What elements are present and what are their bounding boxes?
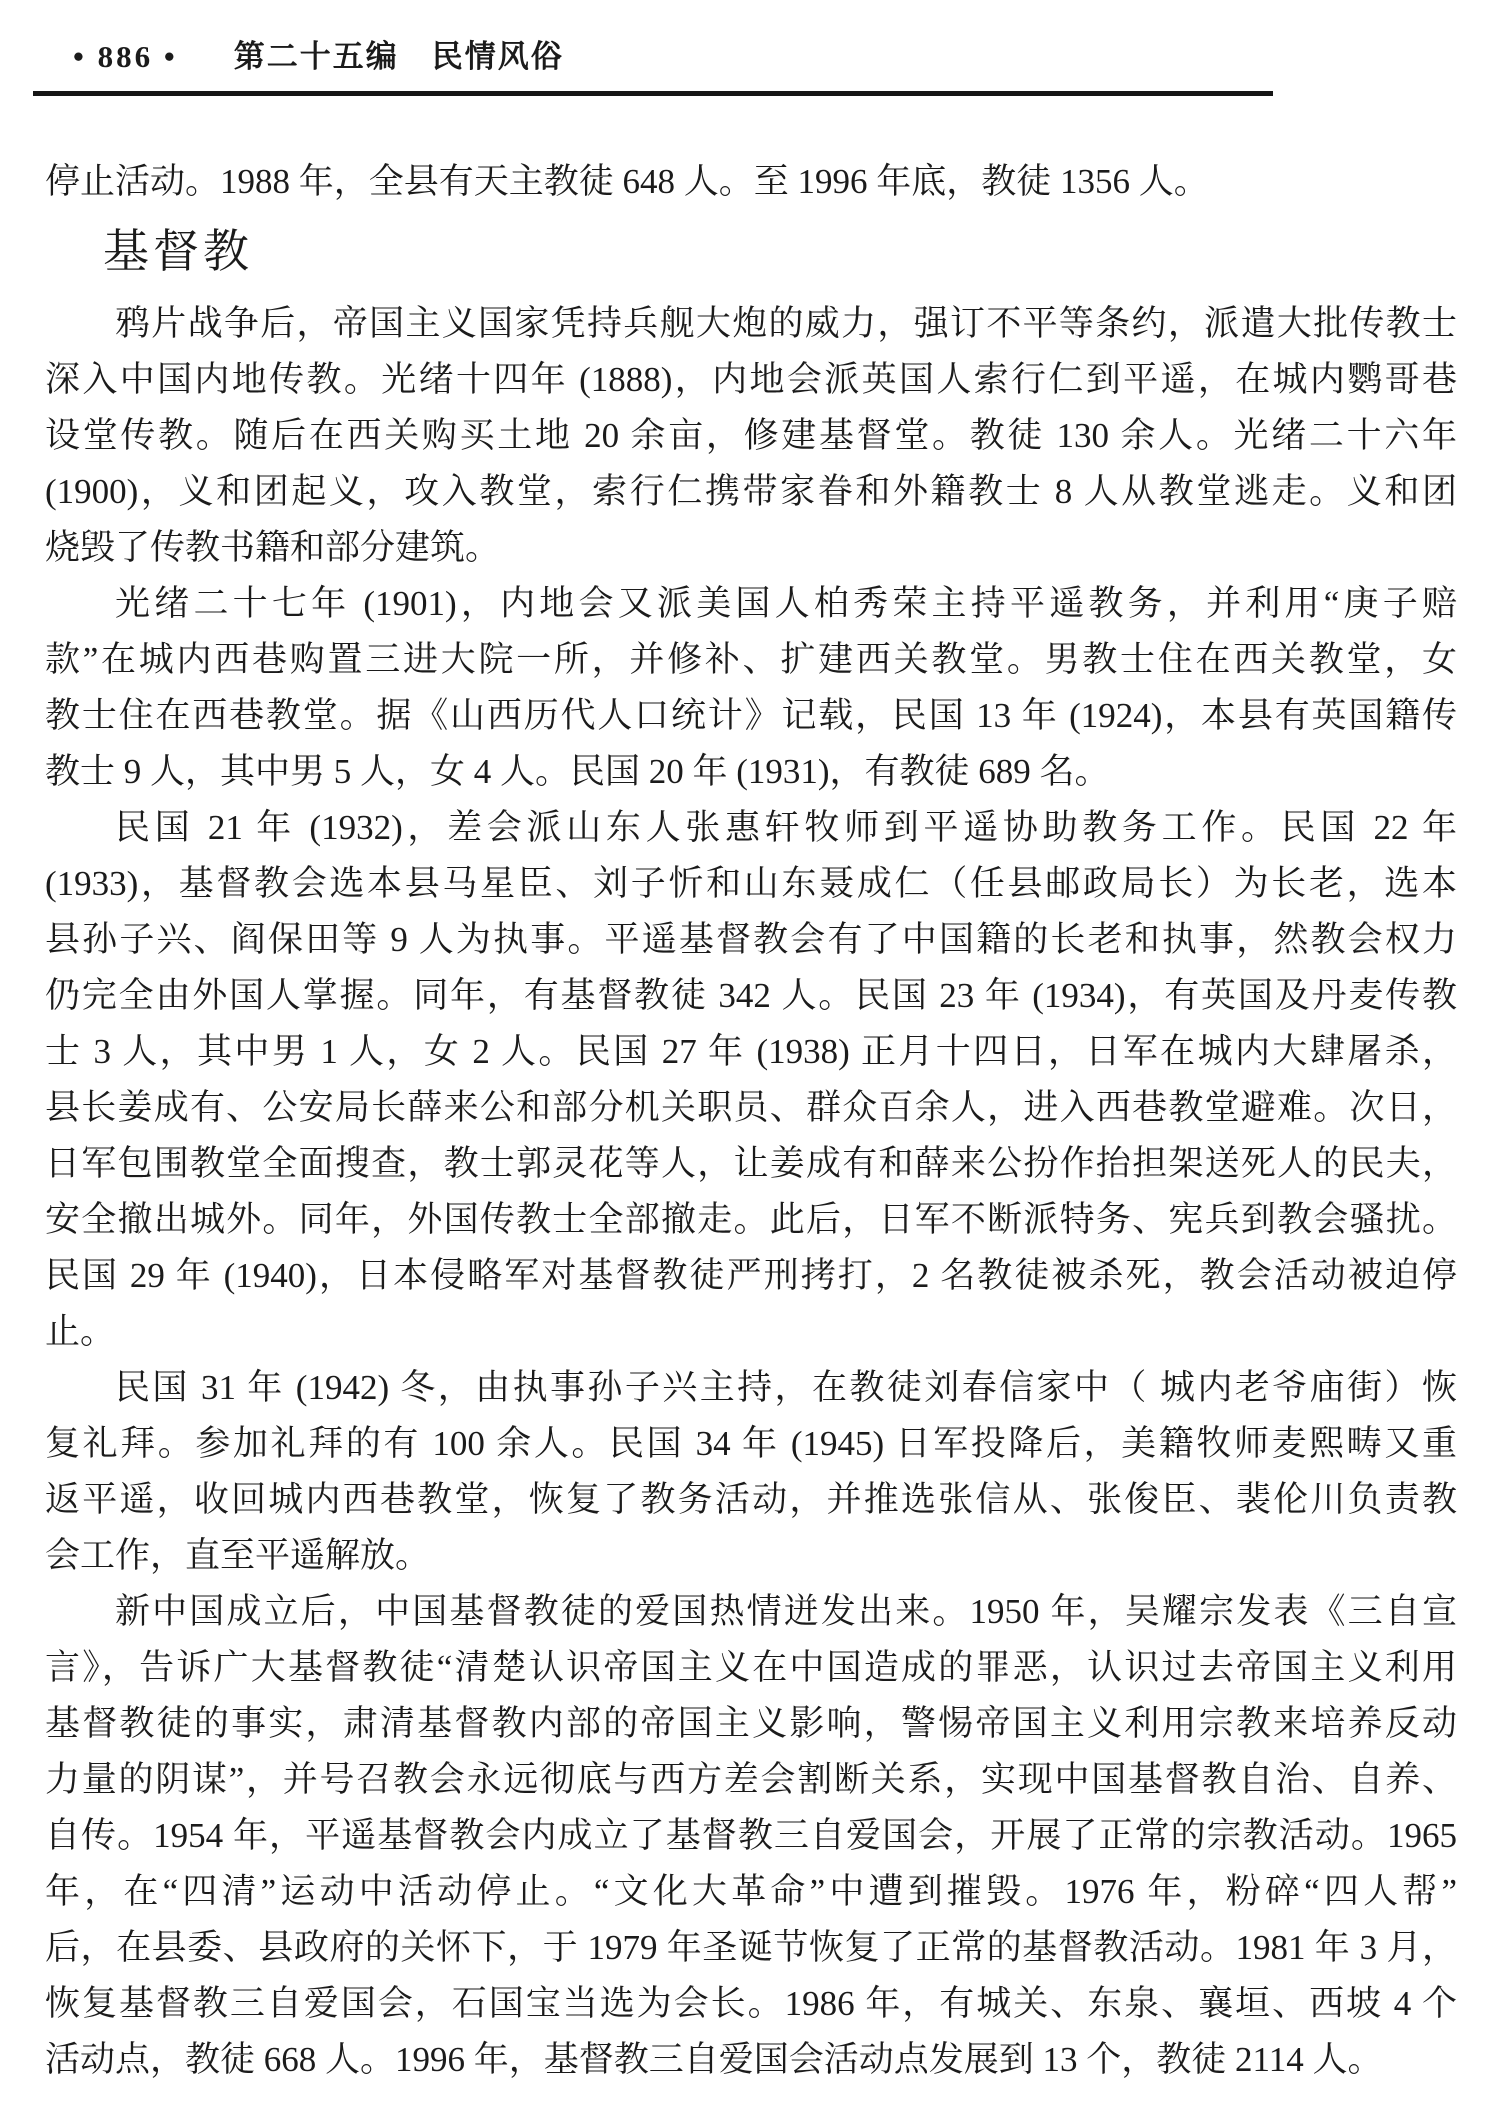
text-line: 设堂传教。随后在西关购买土地 20 余亩，修建基督堂。教徒 130 余人。光绪二… — [45, 408, 1457, 464]
text-line: (1900)，义和团起义，攻入教堂，索行仁携带家眷和外籍教士 8 人从教堂逃走。… — [45, 464, 1457, 520]
paragraph: 新中国成立后，中国基督教徒的爱国热情迸发出来。1950 年，吴耀宗发表《三自宣言… — [45, 1584, 1457, 2088]
text-line: 后，在县委、县政府的关怀下，于 1979 年圣诞节恢复了正常的基督教活动。198… — [45, 1920, 1457, 1976]
text-line: 自传。1954 年，平遥基督教会内成立了基督教三自爱国会，开展了正常的宗教活动。… — [45, 1808, 1457, 1864]
text-line: 款”在城内西巷购置三进大院一所，并修补、扩建西关教堂。男教士住在西关教堂，女 — [45, 632, 1457, 688]
text-line: 教士 9 人，其中男 5 人，女 4 人。民国 20 年 (1931)，有教徒 … — [45, 744, 1457, 800]
paragraph: 光绪二十七年 (1901)，内地会又派美国人柏秀荣主持平遥教务，并利用“庚子赔款… — [45, 576, 1457, 800]
text-line: 复礼拜。参加礼拜的有 100 余人。民国 34 年 (1945) 日军投降后，美… — [45, 1416, 1457, 1472]
text-line: 日军包围教堂全面搜查，教士郭灵花等人，让姜成有和薛来公扮作抬担架送死人的民夫， — [45, 1136, 1457, 1192]
text-line: 民国 31 年 (1942) 冬，由执事孙子兴主持，在教徒刘春信家中（ 城内老爷… — [45, 1360, 1457, 1416]
text-line: 光绪二十七年 (1901)，内地会又派美国人柏秀荣主持平遥教务，并利用“庚子赔 — [45, 576, 1457, 632]
text-line: 鸦片战争后，帝国主义国家凭持兵舰大炮的威力，强订不平等条约，派遣大批传教士 — [45, 296, 1457, 352]
text-line: 民国 21 年 (1932)，差会派山东人张惠轩牧师到平遥协助教务工作。民国 2… — [45, 800, 1457, 856]
text-line: 止。 — [45, 1304, 1457, 1360]
text-line: 力量的阴谋”，并号召教会永远彻底与西方差会割断关系，实现中国基督教自治、自养、 — [45, 1752, 1457, 1808]
paragraph: 停止活动。1988 年，全县有天主教徒 648 人。至 1996 年底，教徒 1… — [45, 154, 1457, 210]
intro-paragraph-slot: 停止活动。1988 年，全县有天主教徒 648 人。至 1996 年底，教徒 1… — [45, 154, 1457, 210]
text-line: 深入中国内地传教。光绪十四年 (1888)，内地会派英国人索行仁到平遥，在城内鹦… — [45, 352, 1457, 408]
section-title: 第二十五编 民情风俗 — [234, 38, 564, 76]
page-number: • 886 • — [73, 38, 178, 76]
page-body: 停止活动。1988 年，全县有天主教徒 648 人。至 1996 年底，教徒 1… — [45, 154, 1457, 2088]
scanned-page: • 886 • 第二十五编 民情风俗 停止活动。1988 年，全县有天主教徒 6… — [0, 0, 1500, 2109]
header-rule — [33, 91, 1273, 96]
text-line: 言》，告诉广大基督教徒“清楚认识帝国主义在中国造成的罪恶，认识过去帝国主义利用 — [45, 1640, 1457, 1696]
text-line: 民国 29 年 (1940)，日本侵略军对基督教徒严刑拷打，2 名教徒被杀死，教… — [45, 1248, 1457, 1304]
text-line: 年，在“四清”运动中活动停止。“文化大革命”中遭到摧毁。1976 年，粉碎“四人… — [45, 1864, 1457, 1920]
text-line: 会工作，直至平遥解放。 — [45, 1528, 1457, 1584]
paragraph: 民国 31 年 (1942) 冬，由执事孙子兴主持，在教徒刘春信家中（ 城内老爷… — [45, 1360, 1457, 1584]
text-line: 士 3 人，其中男 1 人，女 2 人。民国 27 年 (1938) 正月十四日… — [45, 1024, 1457, 1080]
text-line: 新中国成立后，中国基督教徒的爱国热情迸发出来。1950 年，吴耀宗发表《三自宣 — [45, 1584, 1457, 1640]
text-line: 活动点，教徒 668 人。1996 年，基督教三自爱国会活动点发展到 13 个，… — [45, 2032, 1457, 2088]
paragraph: 鸦片战争后，帝国主义国家凭持兵舰大炮的威力，强订不平等条约，派遣大批传教士深入中… — [45, 296, 1457, 576]
text-line: 停止活动。1988 年，全县有天主教徒 648 人。至 1996 年底，教徒 1… — [45, 154, 1457, 210]
text-line: 安全撤出城外。同年，外国传教士全部撤走。此后，日军不断派特务、宪兵到教会骚扰。 — [45, 1192, 1457, 1248]
section-heading: 基督教 — [103, 222, 1457, 282]
text-line: 返平遥，收回城内西巷教堂，恢复了教务活动，并推选张信从、张俊臣、裴伦川负责教 — [45, 1472, 1457, 1528]
text-line: 县孙子兴、阎保田等 9 人为执事。平遥基督教会有了中国籍的长老和执事，然教会权力 — [45, 912, 1457, 968]
page-header: • 886 • 第二十五编 民情风俗 — [45, 38, 1457, 76]
text-line: 县长姜成有、公安局长薛来公和部分机关职员、群众百余人，进入西巷教堂避难。次日， — [45, 1080, 1457, 1136]
text-line: 教士住在西巷教堂。据《山西历代人口统计》记载，民国 13 年 (1924)，本县… — [45, 688, 1457, 744]
paragraphs-slot: 鸦片战争后，帝国主义国家凭持兵舰大炮的威力，强订不平等条约，派遣大批传教士深入中… — [45, 296, 1457, 2088]
text-line: 仍完全由外国人掌握。同年，有基督教徒 342 人。民国 23 年 (1934)，… — [45, 968, 1457, 1024]
text-line: 恢复基督教三自爱国会，石国宝当选为会长。1986 年，有城关、东泉、襄垣、西坡 … — [45, 1976, 1457, 2032]
paragraph: 民国 21 年 (1932)，差会派山东人张惠轩牧师到平遥协助教务工作。民国 2… — [45, 800, 1457, 1360]
text-line: 烧毁了传教书籍和部分建筑。 — [45, 520, 1457, 576]
text-line: (1933)，基督教会选本县马星臣、刘子忻和山东聂成仁（任县邮政局长）为长老，选… — [45, 856, 1457, 912]
text-line: 基督教徒的事实，肃清基督教内部的帝国主义影响，警惕帝国主义利用宗教来培养反动 — [45, 1696, 1457, 1752]
